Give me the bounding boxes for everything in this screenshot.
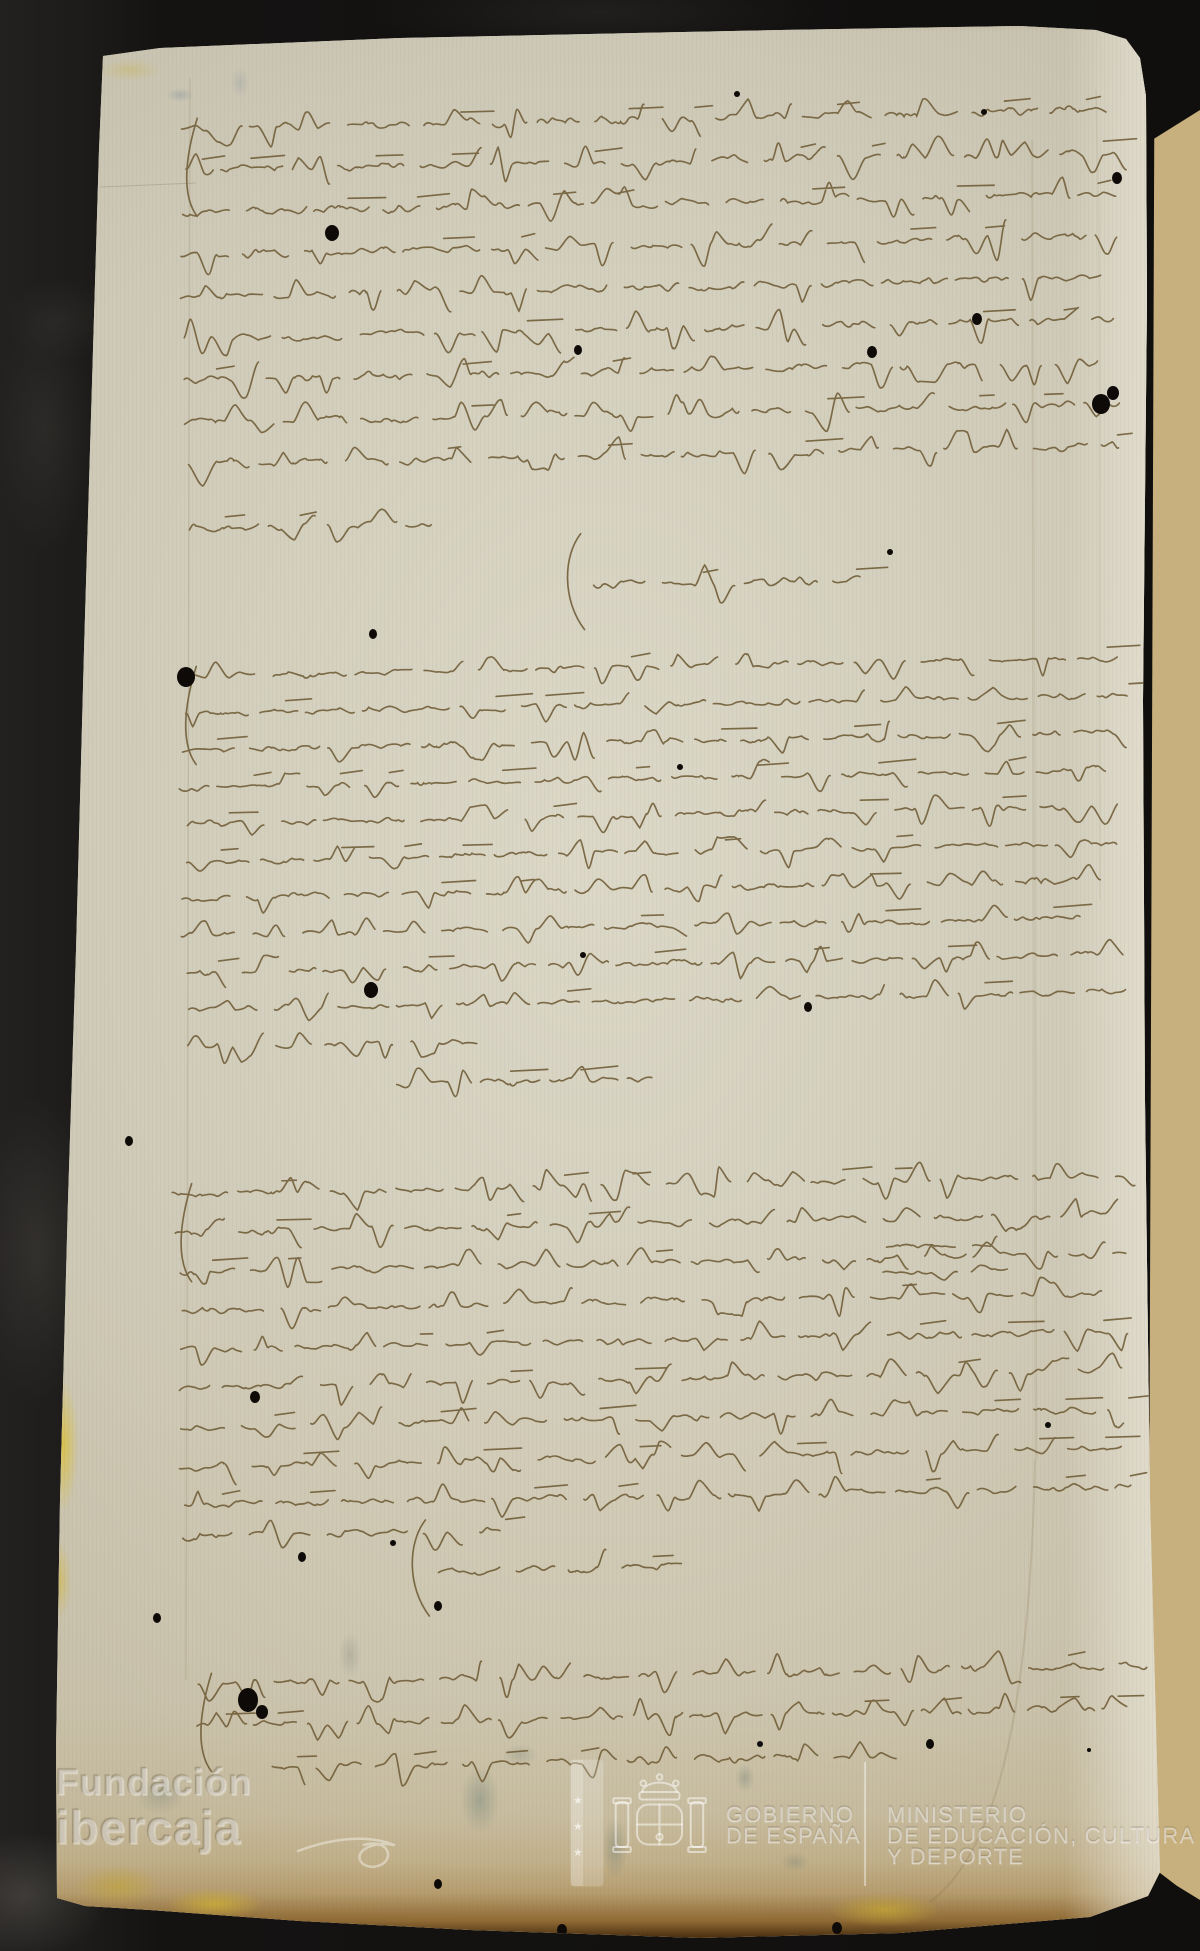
- ibercaja-swirl-icon: [290, 1815, 410, 1885]
- paragraph-2: [176, 643, 1174, 1064]
- watermark-ministerio: MINISTERIO DE EDUCACIÓN, CULTURA Y DEPOR…: [887, 1804, 1195, 1867]
- ink-blot: [369, 629, 377, 639]
- ink-blot: [256, 1705, 268, 1719]
- star-icon: ★: [573, 1796, 583, 1807]
- ink-blot: [364, 982, 378, 998]
- ink-blot: [887, 549, 893, 555]
- ink-blot: [325, 225, 339, 241]
- watermark-text: ibercaja: [56, 1804, 252, 1851]
- ink-blot: [434, 1879, 442, 1889]
- dating-clause-3: [411, 1515, 682, 1616]
- page-crease: [186, 78, 190, 1680]
- ink-blot: [981, 109, 987, 115]
- page-fold-line: [1096, 90, 1100, 900]
- flag-bar-watermark: ★ ★ ★: [571, 1760, 603, 1886]
- watermark-text: GOBIERNO: [726, 1804, 861, 1825]
- spain-coat-of-arms-icon: [612, 1772, 712, 1872]
- paragraph-3: [172, 1157, 1165, 1555]
- handwriting-layer: [0, 0, 1200, 1951]
- watermark-text: DE ESPAÑA: [726, 1825, 861, 1846]
- watermark-text: MINISTERIO: [887, 1804, 1195, 1825]
- star-icon: ★: [573, 1822, 583, 1833]
- ink-blot: [1087, 1748, 1091, 1752]
- watermark-text: Fundación: [56, 1764, 252, 1801]
- watermark-text: DE EDUCACIÓN, CULTURA: [887, 1825, 1195, 1846]
- dating-clause-1: [567, 528, 889, 630]
- ink-blot: [804, 1002, 812, 1012]
- ink-blot: [757, 1741, 763, 1747]
- ink-blot: [250, 1391, 260, 1403]
- ink-blot: [926, 1739, 934, 1749]
- paragraph-4: [196, 1647, 1149, 1790]
- watermark-text: Y DEPORTE: [887, 1846, 1195, 1867]
- ink-blot: [390, 1540, 396, 1546]
- ink-blot: [1092, 394, 1110, 414]
- ink-blot: [434, 1601, 442, 1611]
- ink-blot: [580, 952, 586, 958]
- ink-blot: [832, 1922, 842, 1934]
- watermark-gobierno: GOBIERNO DE ESPAÑA: [726, 1804, 861, 1846]
- archive-photograph: Fundación ibercaja ★ ★ ★ GOBIERNO DE ESP…: [0, 0, 1200, 1951]
- ink-blot: [125, 1136, 133, 1146]
- ink-blot: [177, 667, 195, 687]
- ink-blot: [574, 345, 582, 355]
- page-crease: [100, 183, 196, 187]
- manuscript-page: [0, 0, 1200, 1951]
- ink-blot: [677, 764, 683, 770]
- ink-blot: [1045, 1422, 1051, 1428]
- paragraph-1: [177, 91, 1145, 545]
- watermark-divider: [864, 1762, 866, 1886]
- ink-blot: [867, 346, 877, 358]
- ink-blot: [1107, 386, 1119, 400]
- ink-blot: [734, 91, 740, 97]
- ink-blot: [972, 313, 982, 325]
- ink-blot: [1112, 172, 1122, 184]
- adjacent-folio-edge: [1148, 110, 1200, 1900]
- watermark-fundacion-ibercaja: Fundación ibercaja: [56, 1764, 252, 1851]
- ink-blot: [153, 1613, 161, 1623]
- ink-blot: [238, 1688, 258, 1712]
- dating-clause-2: [396, 1064, 652, 1098]
- star-icon: ★: [573, 1848, 583, 1859]
- ink-blot: [298, 1552, 306, 1562]
